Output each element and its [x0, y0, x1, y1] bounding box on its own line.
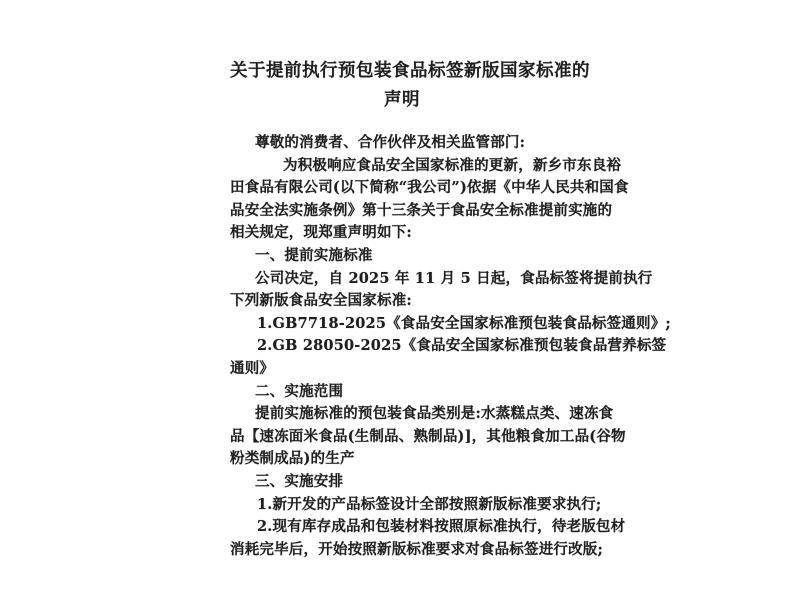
- doc-line: 品【速冻面米食品(生制品、熟制品)]，其他粮食加工品(谷物: [230, 426, 574, 449]
- doc-line-section-2-heading: 二、实施范围: [230, 381, 574, 404]
- document-page: 关于提前执行预包装食品标签新版国家标准的 声明 尊敬的消费者、合作伙伴及相关监管…: [0, 0, 800, 600]
- doc-line: 提前实施标准的预包装食品类别是:水蒸糕点类、速冻食: [230, 403, 574, 426]
- document-body: 尊敬的消费者、合作伙伴及相关监管部门: 为积极响应食品安全国家标准的更新，新乡市…: [230, 132, 574, 561]
- doc-line: 下列新版食品安全国家标准:: [230, 290, 574, 313]
- doc-line: 公司决定，自 2025 年 11 月 5 日起，食品标签将提前执行: [230, 268, 574, 291]
- doc-line: 粉类制成品)的生产: [230, 448, 574, 471]
- document-title-line-1: 关于提前执行预包装食品标签新版国家标准的: [230, 57, 574, 86]
- doc-line: 1.新开发的产品标签设计全部按照新版标准要求执行;: [230, 494, 574, 517]
- doc-line: 2.现有库存成品和包装材料按照原标准执行，待老版包材: [230, 516, 574, 539]
- doc-line-standard-gb28050: 2.GB 28050-2025《食品安全国家标准预包装食品营养标签: [230, 335, 574, 358]
- doc-line: 通则》: [230, 358, 574, 381]
- doc-line: 消耗完毕后，开始按照新版标准要求对食品标签进行改版;: [230, 539, 574, 562]
- document-title-line-2: 声明: [230, 86, 574, 115]
- doc-line: 相关规定，现郑重声明如下:: [230, 222, 574, 245]
- doc-line-standard-gb7718: 1.GB7718-2025《食品安全国家标准预包装食品标签通则》;: [230, 313, 574, 336]
- doc-line-section-3-heading: 三、实施安排: [230, 471, 574, 494]
- document-title: 关于提前执行预包装食品标签新版国家标准的 声明: [230, 57, 574, 115]
- doc-line: 品安全法实施条例》第十三条关于食品安全标准提前实施的: [230, 200, 574, 223]
- doc-line-section-1-heading: 一、提前实施标准: [230, 245, 574, 268]
- statement-document: 关于提前执行预包装食品标签新版国家标准的 声明 尊敬的消费者、合作伙伴及相关监管…: [230, 0, 574, 561]
- doc-line: 为积极响应食品安全国家标准的更新，新乡市东良裕: [230, 155, 574, 178]
- doc-line: 田食品有限公司(以下简称“我公司”)依据《中华人民共和国食: [230, 177, 574, 200]
- doc-line-salutation: 尊敬的消费者、合作伙伴及相关监管部门:: [230, 132, 574, 155]
